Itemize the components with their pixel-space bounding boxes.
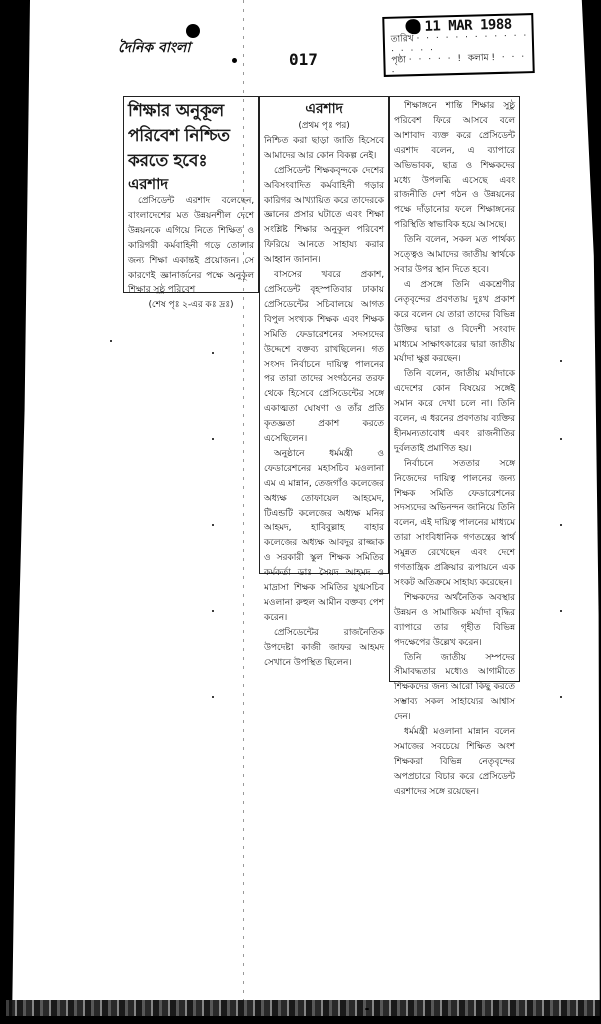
continuation-note: (শেষ পৃঃ ২-এর কঃ দ্রঃ): [128, 298, 254, 313]
punch-hole-mark: [186, 24, 200, 38]
article-paragraph: শিক্ষাঙ্গনে শান্তি শিক্ষার সুষ্ঠু পরিবেশ…: [394, 99, 515, 233]
article-byline: এরশাদ: [128, 174, 254, 194]
article-column-2: এরশাদ (প্রথম পৃঃ পর) নিশ্চিত করা ছাড়া জ…: [259, 96, 389, 574]
scan-speck: [560, 524, 562, 526]
stamp-page-row: পৃষ্ঠা · · · · · ! কলাম ! · · · ·: [391, 49, 533, 78]
article-paragraph: নিশ্চিত করা ছাড়া জাতি হিসেবে আমাদের আর …: [264, 134, 384, 164]
scan-speck: [212, 352, 214, 354]
article-paragraph: ধর্মমন্ত্রী মওলানা মান্নান বলেন সমাজের স…: [394, 725, 515, 800]
scan-edge-right: [577, 0, 601, 1024]
date-stamp: 11 MAR 1988 তারিখ · · · · · · · · · · · …: [382, 13, 535, 77]
scan-speck: [212, 696, 214, 698]
article-paragraph: নির্বাচনে সততার সঙ্গে নিজেদের দায়িত্ব প…: [394, 457, 515, 591]
article-paragraph: প্রেসিডেন্ট শিক্ষকবৃন্দকে দেশের অবিসংবাদ…: [264, 164, 384, 268]
article-paragraph: তিনি জাতীয় সম্পদের সীমাবদ্ধতার মধ্যেও আ…: [394, 651, 515, 726]
continuation-subhead: এরশাদ: [264, 99, 384, 119]
article-paragraph: প্রেসিডেন্টের রাজনৈতিক উপদেষ্টা কাজী জাফ…: [264, 626, 384, 671]
dotted-line: · · · · · !: [409, 54, 468, 66]
scan-speck: [212, 438, 214, 440]
article-column-3: শিক্ষাঙ্গনে শান্তি শিক্ষার সুষ্ঠু পরিবেশ…: [389, 96, 520, 682]
scan-speck: [110, 340, 112, 342]
scan-speck: [560, 696, 562, 698]
scan-speck: [212, 524, 214, 526]
scan-edge-bottom-dark: [0, 1016, 601, 1024]
stamp-page-label: পৃষ্ঠা: [391, 55, 406, 65]
scan-speck: [560, 360, 562, 362]
article-paragraph: শিক্ষকদের অর্থনৈতিক অবস্থার উন্নয়ন ও সা…: [394, 591, 515, 651]
scan-speck: [212, 610, 214, 612]
stamp-column-label: কলাম: [468, 53, 489, 64]
article-paragraph: প্রেসিডেন্ট এরশাদ বলেছেন, বাংলাদেশের মত …: [128, 194, 254, 298]
article-paragraph: এ প্রসঙ্গে তিনি একশ্রেণীর নেতৃবৃন্দের প্…: [394, 278, 515, 367]
scan-speck: [560, 438, 562, 440]
scan-speck: [232, 58, 237, 63]
article-paragraph: অনুষ্ঠানে ধর্মমন্ত্রী ও ফেডারেশনের মহাসচ…: [264, 447, 384, 626]
article-column-1: শিক্ষার অনুকূল পরিবেশ নিশ্চিত করতে হবেঃ …: [123, 96, 259, 293]
article-paragraph: বাসসের খবরে প্রকাশ, প্রেসিডেন্ট বৃহস্পতি…: [264, 268, 384, 447]
article-paragraph: তিনি বলেন, জাতীয় মর্যাদাকে এদেশের কোন ব…: [394, 367, 515, 456]
article-paragraph: তিনি বলেন, সকল মত পার্থক্য সত্ত্বেও আমাদ…: [394, 233, 515, 278]
scan-speck: [560, 610, 562, 612]
article-headline: শিক্ষার অনুকূল পরিবেশ নিশ্চিত করতে হবেঃ: [128, 99, 254, 174]
continued-from-note: (প্রথম পৃঃ পর): [264, 119, 384, 134]
page-number: 017: [289, 50, 318, 69]
scan-speck: [365, 1008, 369, 1010]
newspaper-masthead: দৈনিক বাংলা: [118, 36, 190, 60]
stamp-date-label: তারিখ: [391, 34, 414, 45]
scan-edge-left: [0, 0, 30, 1024]
